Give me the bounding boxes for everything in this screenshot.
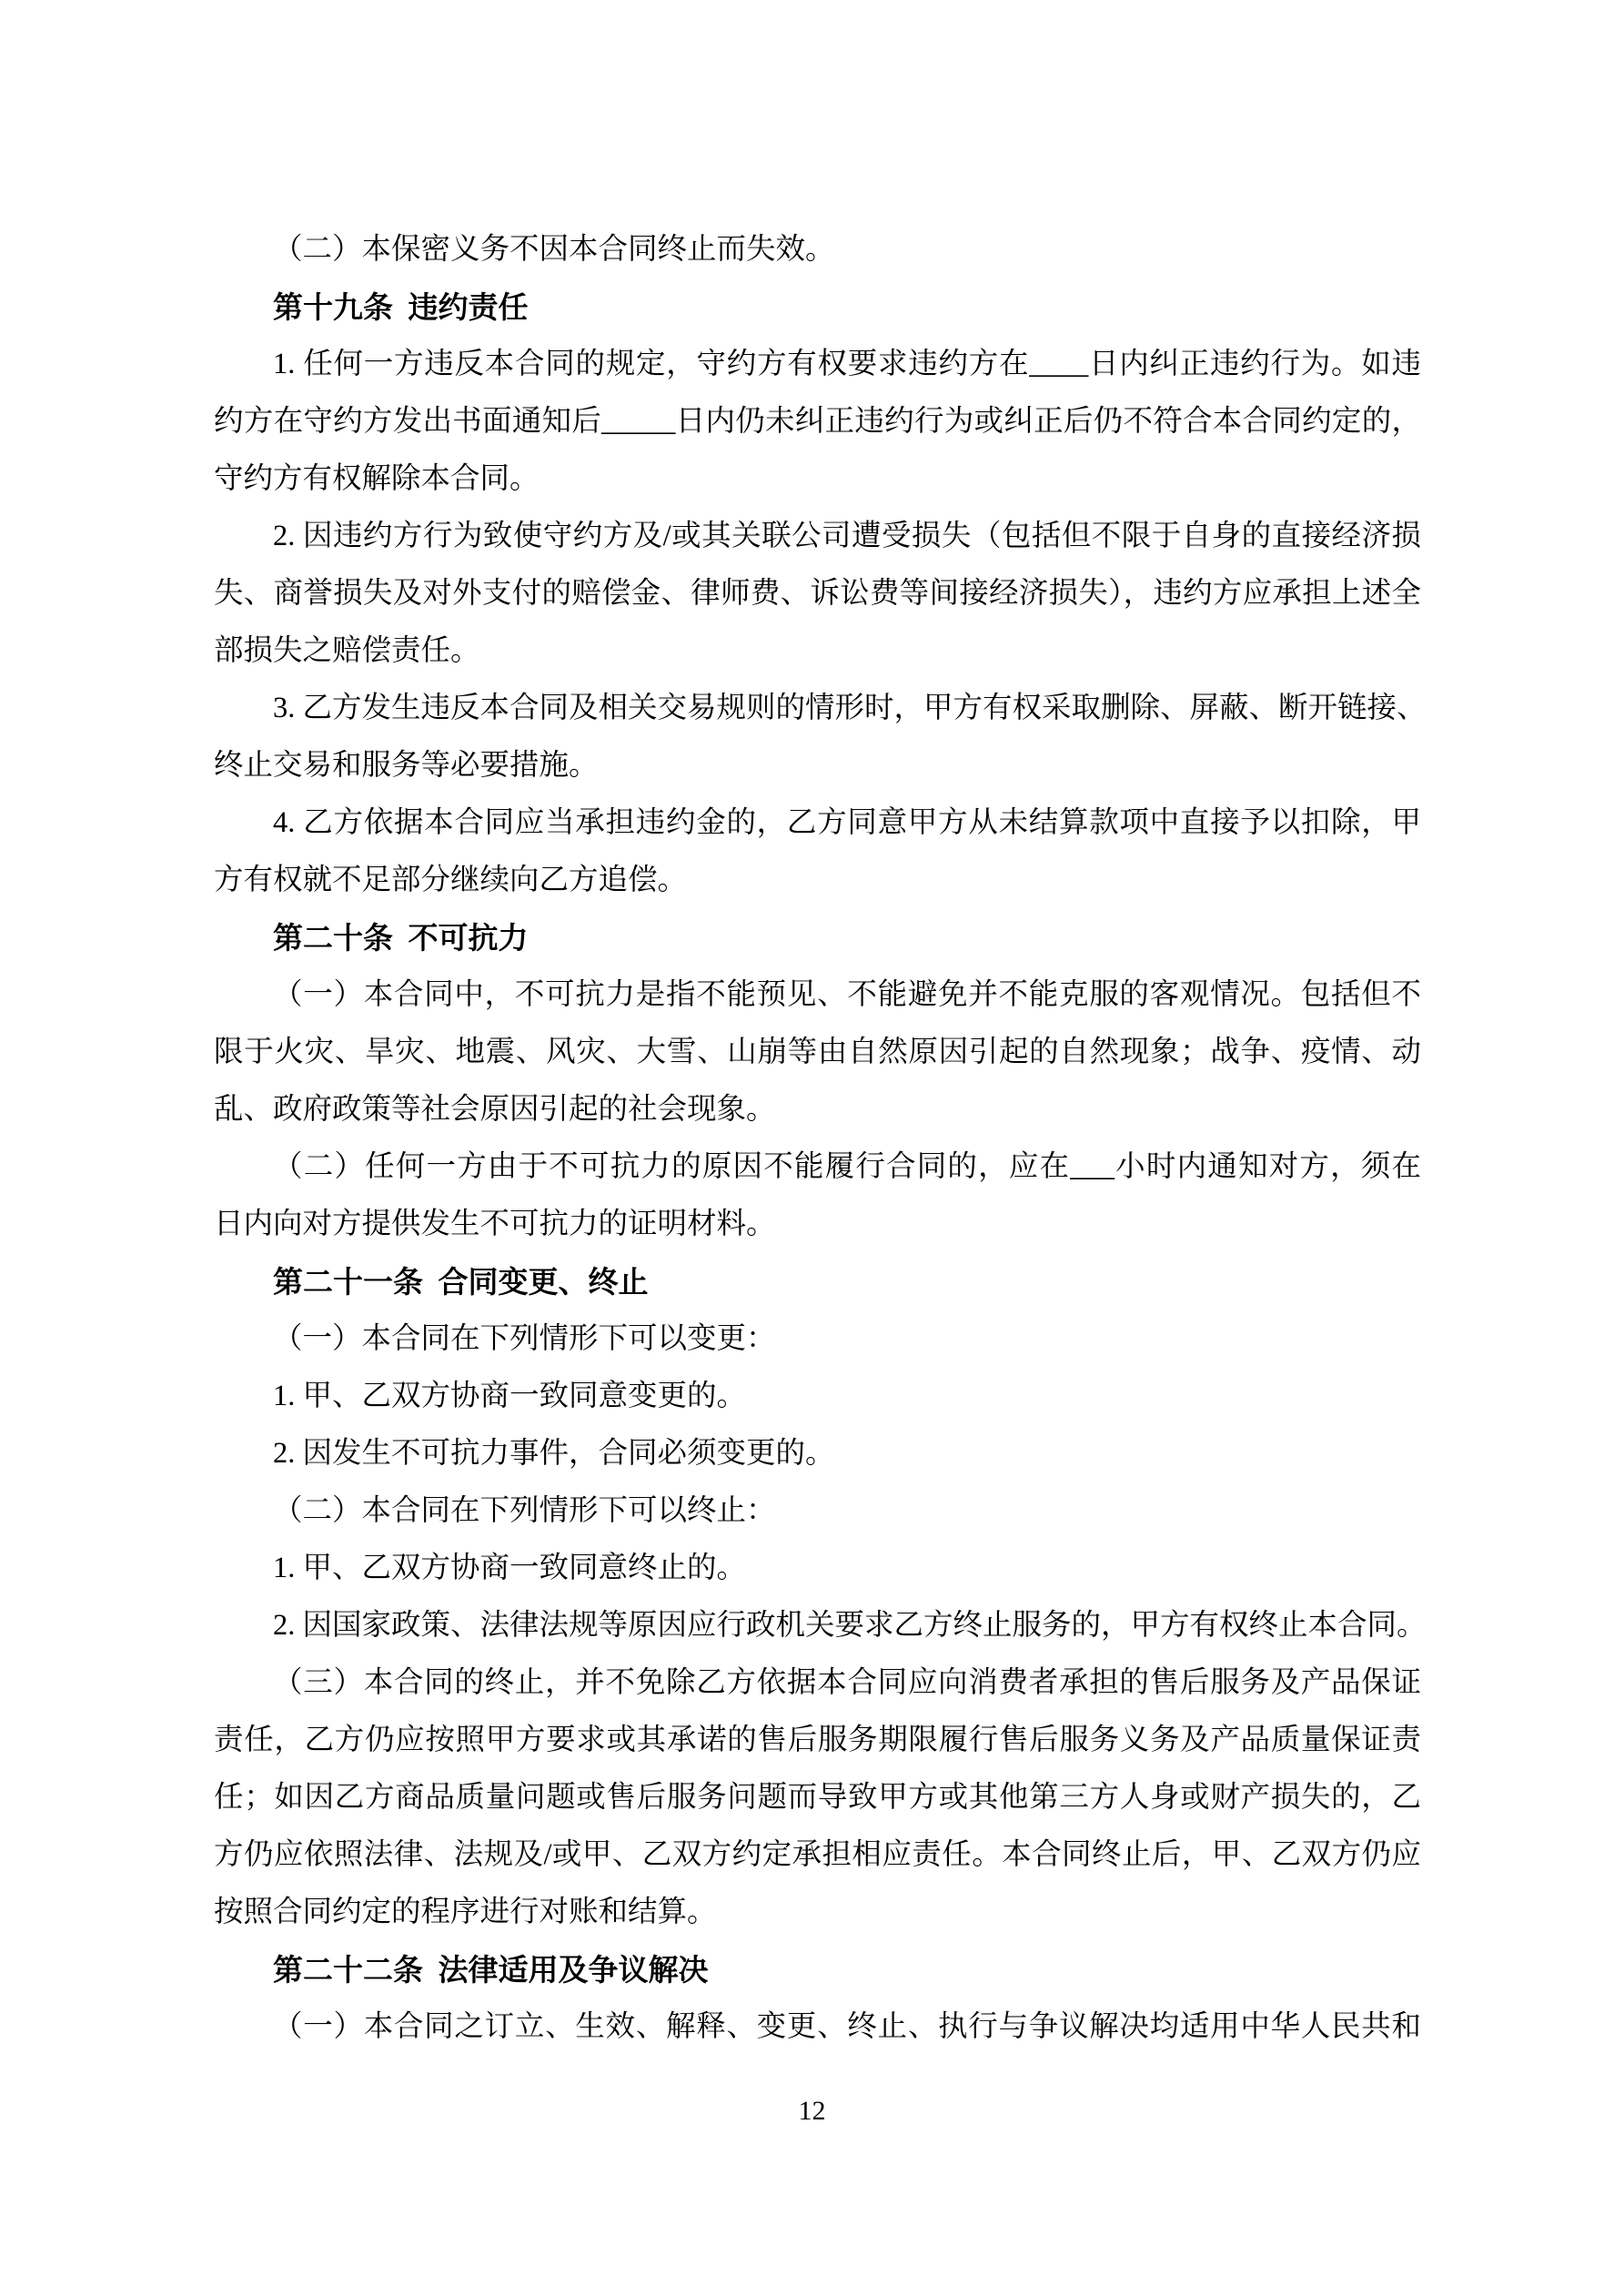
text-line: 4. 乙方依据本合同应当承担违约金的，乙方同意甲方从未结算款项中直接予以扣除，甲	[214, 794, 1421, 852]
text-line: （二）任何一方由于不可抗力的原因不能履行合同的，应在___小时内通知对方，须在	[214, 1138, 1421, 1196]
text-line: （一）本合同中，不可抗力是指不能预见、不能避免并不能克服的客观情况。包括但不	[214, 966, 1421, 1024]
text-line: 方仍应依照法律、法规及/或甲、乙双方约定承担相应责任。本合同终止后，甲、乙双方仍…	[214, 1826, 1421, 1884]
text-line: 1. 甲、乙双方协商一致同意变更的。	[214, 1368, 1421, 1425]
article-heading: 第二十一条 合同变更、终止	[214, 1253, 1421, 1310]
contract-page: （二）本保密义务不因本合同终止而失效。第十九条 违约责任1. 任何一方违反本合同…	[0, 0, 1624, 2296]
text-line: 终止交易和服务等必要措施。	[214, 737, 1421, 794]
article-heading: 第二十条 不可抗力	[214, 909, 1421, 966]
text-line: （二）本保密义务不因本合同终止而失效。	[214, 221, 1421, 278]
text-line: 方有权就不足部分继续向乙方追偿。	[214, 852, 1421, 909]
text-line: 按照合同约定的程序进行对账和结算。	[214, 1884, 1421, 1941]
text-line: 限于火灾、旱灾、地震、风灾、大雪、山崩等由自然原因引起的自然现象；战争、疫情、动	[214, 1024, 1421, 1081]
contract-body: （二）本保密义务不因本合同终止而失效。第十九条 违约责任1. 任何一方违反本合同…	[214, 221, 1421, 2056]
text-line: （一）本合同之订立、生效、解释、变更、终止、执行与争议解决均适用中华人民共和	[214, 1998, 1421, 2056]
page-footer: 12	[0, 2096, 1624, 2127]
text-line: （一）本合同在下列情形下可以变更：	[214, 1310, 1421, 1368]
article-heading: 第二十二条 法律适用及争议解决	[214, 1941, 1421, 1998]
text-line: 2. 因国家政策、法律法规等原因应行政机关要求乙方终止服务的，甲方有权终止本合同…	[214, 1597, 1421, 1654]
text-line: 任；如因乙方商品质量问题或售后服务问题而导致甲方或其他第三方人身或财产损失的，乙	[214, 1769, 1421, 1826]
text-line: 守约方有权解除本合同。	[214, 450, 1421, 508]
text-line: 失、商誉损失及对外支付的赔偿金、律师费、诉讼费等间接经济损失），违约方应承担上述…	[214, 565, 1421, 622]
text-line: 日内向对方提供发生不可抗力的证明材料。	[214, 1196, 1421, 1253]
text-line: 1. 甲、乙双方协商一致同意终止的。	[214, 1540, 1421, 1597]
text-line: 3. 乙方发生违反本合同及相关交易规则的情形时，甲方有权采取删除、屏蔽、断开链接…	[214, 680, 1421, 737]
text-line: 2. 因发生不可抗力事件，合同必须变更的。	[214, 1425, 1421, 1482]
text-line: 乱、政府政策等社会原因引起的社会现象。	[214, 1081, 1421, 1138]
text-line: 约方在守约方发出书面通知后_____日内仍未纠正违约行为或纠正后仍不符合本合同约…	[214, 393, 1421, 450]
article-heading: 第十九条 违约责任	[214, 278, 1421, 336]
text-line: 责任，乙方仍应按照甲方要求或其承诺的售后服务期限履行售后服务义务及产品质量保证责	[214, 1712, 1421, 1769]
text-line: 部损失之赔偿责任。	[214, 622, 1421, 680]
text-line: （二）本合同在下列情形下可以终止：	[214, 1482, 1421, 1540]
text-line: 2. 因违约方行为致使守约方及/或其关联公司遭受损失（包括但不限于自身的直接经济…	[214, 508, 1421, 565]
text-line: （三）本合同的终止，并不免除乙方依据本合同应向消费者承担的售后服务及产品保证	[214, 1654, 1421, 1712]
text-line: 1. 任何一方违反本合同的规定，守约方有权要求违约方在____日内纠正违约行为。…	[214, 336, 1421, 393]
page-number: 12	[799, 2096, 826, 2126]
